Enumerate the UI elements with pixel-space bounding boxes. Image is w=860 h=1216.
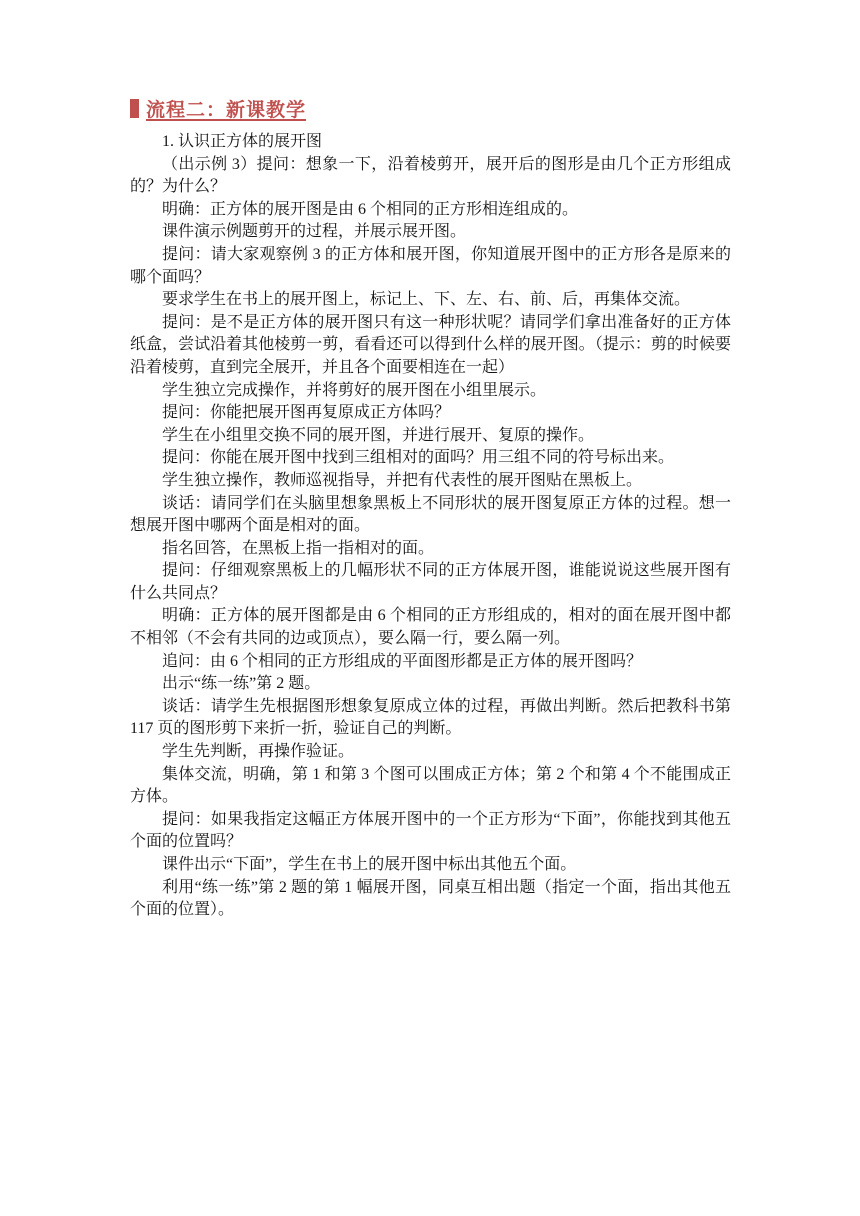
paragraph: 明确：正方体的展开图是由 6 个相同的正方形相连组成的。 xyxy=(130,199,731,222)
paragraph: 明确：正方体的展开图都是由 6 个相同的正方形组成的，相对的面在展开图中都不相邻… xyxy=(130,605,731,650)
section-heading: 流程二：新课教学 xyxy=(130,95,731,122)
paragraph: 集体交流，明确，第 1 和第 3 个图可以围成正方体；第 2 个和第 4 个不能… xyxy=(130,764,731,809)
paragraph: 追问：由 6 个相同的正方形组成的平面图形都是正方体的展开图吗？ xyxy=(130,651,731,674)
paragraph: 提问：是不是正方体的展开图只有这一种形状呢？请同学们拿出准备好的正方体纸盒，尝试… xyxy=(130,312,731,380)
paragraph: 提问：仔细观察黑板上的几幅形状不同的正方体展开图，谁能说说这些展开图有什么共同点… xyxy=(130,560,731,605)
section-heading-text: 流程二：新课教学 xyxy=(146,95,306,122)
paragraph: 利用“练一练”第 2 题的第 1 幅展开图，同桌互相出题（指定一个面，指出其他五… xyxy=(130,877,731,922)
paragraph: 提问：如果我指定这幅正方体展开图中的一个正方形为“下面”，你能找到其他五个面的位… xyxy=(130,809,731,854)
paragraph: 学生在小组里交换不同的展开图，并进行展开、复原的操作。 xyxy=(130,425,731,448)
paragraph: 课件演示例题剪开的过程，并展示展开图。 xyxy=(130,221,731,244)
paragraph: 提问：你能把展开图再复原成正方体吗？ xyxy=(130,402,731,425)
paragraph: 提问：请大家观察例 3 的正方体和展开图，你知道展开图中的正方形各是原来的哪个面… xyxy=(130,244,731,289)
paragraph-list: 1. 认识正方体的展开图 （出示例 3）提问：想象一下，沿着棱剪开，展开后的图形… xyxy=(130,131,731,922)
heading-accent-bar-icon xyxy=(130,99,139,118)
paragraph: 学生独立完成操作，并将剪好的展开图在小组里展示。 xyxy=(130,380,731,403)
lesson-plan-document: 流程二：新课教学 1. 认识正方体的展开图 （出示例 3）提问：想象一下，沿着棱… xyxy=(130,95,731,922)
paragraph: 1. 认识正方体的展开图 xyxy=(130,131,731,154)
paragraph: 提问：你能在展开图中找到三组相对的面吗？用三组不同的符号标出来。 xyxy=(130,447,731,470)
paragraph: 指名回答，在黑板上指一指相对的面。 xyxy=(130,538,731,561)
document-page: 流程二：新课教学 1. 认识正方体的展开图 （出示例 3）提问：想象一下，沿着棱… xyxy=(0,0,860,1216)
paragraph: 学生先判断，再操作验证。 xyxy=(130,741,731,764)
paragraph: 要求学生在书上的展开图上，标记上、下、左、右、前、后，再集体交流。 xyxy=(130,289,731,312)
paragraph: 谈话：请同学们在头脑里想象黑板上不同形状的展开图复原正方体的过程。想一想展开图中… xyxy=(130,493,731,538)
paragraph: 学生独立操作，教师巡视指导，并把有代表性的展开图贴在黑板上。 xyxy=(130,470,731,493)
paragraph: 课件出示“下面”，学生在书上的展开图中标出其他五个面。 xyxy=(130,854,731,877)
paragraph: （出示例 3）提问：想象一下，沿着棱剪开，展开后的图形是由几个正方形组成的？为什… xyxy=(130,154,731,199)
paragraph: 谈话：请学生先根据图形想象复原成立体的过程，再做出判断。然后把教科书第 117 … xyxy=(130,696,731,741)
paragraph: 出示“练一练”第 2 题。 xyxy=(130,673,731,696)
